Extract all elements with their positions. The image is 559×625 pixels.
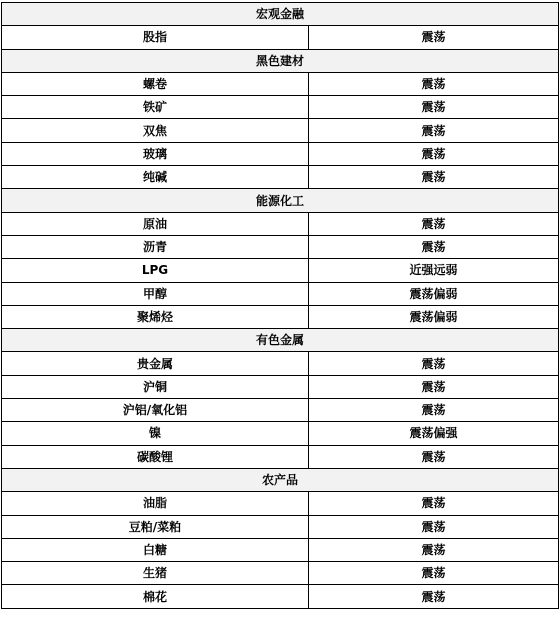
commodity-view: 震荡偏弱 xyxy=(309,305,559,328)
table-row: 白糖震荡 xyxy=(2,538,559,561)
table-row: 棉花震荡 xyxy=(2,585,559,608)
commodity-view: 震荡 xyxy=(309,399,559,422)
commodity-view: 震荡 xyxy=(309,142,559,165)
table-row: 碳酸锂震荡 xyxy=(2,445,559,468)
commodity-view: 震荡偏强 xyxy=(309,422,559,445)
section-header-row: 有色金属 xyxy=(2,329,559,352)
table-row: 聚烯烃震荡偏弱 xyxy=(2,305,559,328)
commodity-name: 甲醇 xyxy=(2,282,309,305)
table-row: 贵金属震荡 xyxy=(2,352,559,375)
commodity-view: 震荡 xyxy=(309,562,559,585)
commodity-name: 原油 xyxy=(2,212,309,235)
table-row: 豆粕/菜粕震荡 xyxy=(2,515,559,538)
commodity-view: 震荡 xyxy=(309,96,559,119)
commodity-name: 聚烯烃 xyxy=(2,305,309,328)
commodity-name: 生猪 xyxy=(2,562,309,585)
table-row: 甲醇震荡偏弱 xyxy=(2,282,559,305)
commodity-name: 沪铜 xyxy=(2,375,309,398)
commodity-view: 震荡 xyxy=(309,352,559,375)
table-row: 原油震荡 xyxy=(2,212,559,235)
table-row: 螺卷震荡 xyxy=(2,72,559,95)
commodity-name: 双焦 xyxy=(2,119,309,142)
commodity-name: 镍 xyxy=(2,422,309,445)
commodity-name: 碳酸锂 xyxy=(2,445,309,468)
section-title-agricultural: 农产品 xyxy=(2,468,559,491)
table-row: 沥青震荡 xyxy=(2,235,559,258)
commodity-name: 螺卷 xyxy=(2,72,309,95)
commodity-view: 震荡 xyxy=(309,492,559,515)
table-row: 铁矿震荡 xyxy=(2,96,559,119)
table-row: 沪铝/氧化铝震荡 xyxy=(2,399,559,422)
commodity-name: 棉花 xyxy=(2,585,309,608)
commodity-name: 铁矿 xyxy=(2,96,309,119)
commodity-view: 震荡 xyxy=(309,235,559,258)
commodity-view: 震荡 xyxy=(309,538,559,561)
commodity-name: 豆粕/菜粕 xyxy=(2,515,309,538)
commodity-view: 震荡偏弱 xyxy=(309,282,559,305)
commodity-view: 震荡 xyxy=(309,585,559,608)
commodity-name: 贵金属 xyxy=(2,352,309,375)
table-row: 镍震荡偏强 xyxy=(2,422,559,445)
commodity-outlook-table: 宏观金融 股指震荡 黑色建材 螺卷震荡 铁矿震荡 双焦震荡 玻璃震荡 纯碱震荡 … xyxy=(1,2,559,609)
table-row: 股指震荡 xyxy=(2,26,559,49)
section-header-row: 黑色建材 xyxy=(2,49,559,72)
commodity-view: 震荡 xyxy=(309,445,559,468)
section-header-row: 宏观金融 xyxy=(2,3,559,26)
commodity-name: 油脂 xyxy=(2,492,309,515)
table-row: 双焦震荡 xyxy=(2,119,559,142)
table-row: LPG近强远弱 xyxy=(2,259,559,282)
table-row: 纯碱震荡 xyxy=(2,166,559,189)
commodity-view: 震荡 xyxy=(309,26,559,49)
section-header-row: 农产品 xyxy=(2,468,559,491)
commodity-view: 震荡 xyxy=(309,375,559,398)
section-title-energy-chemicals: 能源化工 xyxy=(2,189,559,212)
section-header-row: 能源化工 xyxy=(2,189,559,212)
commodity-view: 震荡 xyxy=(309,515,559,538)
commodity-name: 沥青 xyxy=(2,235,309,258)
section-title-macro-finance: 宏观金融 xyxy=(2,3,559,26)
table-row: 玻璃震荡 xyxy=(2,142,559,165)
commodity-view: 近强远弱 xyxy=(309,259,559,282)
commodity-name: 股指 xyxy=(2,26,309,49)
section-title-ferrous-building: 黑色建材 xyxy=(2,49,559,72)
table-row: 油脂震荡 xyxy=(2,492,559,515)
commodity-view: 震荡 xyxy=(309,119,559,142)
commodity-view: 震荡 xyxy=(309,212,559,235)
section-title-nonferrous-metals: 有色金属 xyxy=(2,329,559,352)
table-row: 生猪震荡 xyxy=(2,562,559,585)
commodity-view: 震荡 xyxy=(309,72,559,95)
commodity-name: LPG xyxy=(2,259,309,282)
commodity-name: 白糖 xyxy=(2,538,309,561)
commodity-view: 震荡 xyxy=(309,166,559,189)
table-row: 沪铜震荡 xyxy=(2,375,559,398)
commodity-name: 纯碱 xyxy=(2,166,309,189)
commodity-name: 沪铝/氧化铝 xyxy=(2,399,309,422)
commodity-name: 玻璃 xyxy=(2,142,309,165)
